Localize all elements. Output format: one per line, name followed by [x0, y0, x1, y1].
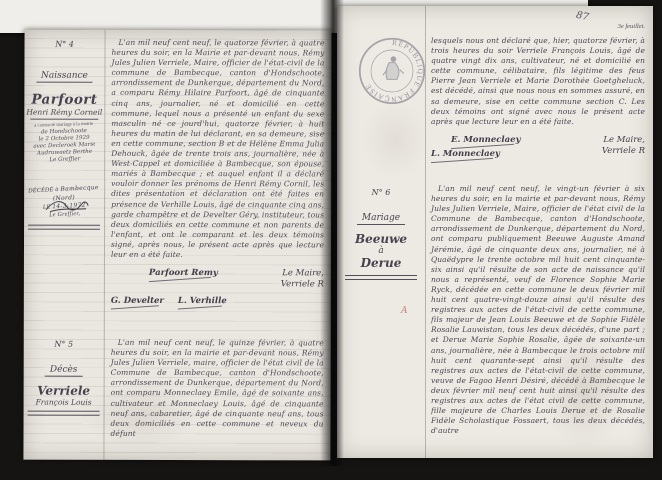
margin-divider-line: [103, 30, 105, 460]
act-category: Décès: [45, 365, 83, 377]
signature-mayor: Verriele R: [602, 146, 645, 156]
sheet-label: 3e feuillet.: [618, 23, 645, 30]
register-page-left: N° 4 Naissance Parfoort Henri Rémy Corne…: [23, 30, 331, 461]
bride-surname: Derue: [343, 256, 419, 270]
register-page-right: 87 3e feuillet. RÉPUBLIQUE FRANÇAISE les…: [337, 6, 653, 458]
birth-act-body: L'an mil neuf cent neuf, le quatorze fév…: [111, 38, 325, 261]
deceased-label: DÉCÉDÉ à: [28, 187, 59, 195]
mayor-title: Le Maire,: [603, 135, 645, 145]
act-separator: [28, 225, 100, 230]
marriage-act-margin: N° 6 Mariage Beeuwe à Derue: [343, 188, 419, 280]
act-category: Naissance: [36, 71, 93, 83]
act-surname: Verriele: [26, 384, 102, 398]
deceased-date: 14-3-1972: [52, 202, 86, 211]
archivist-annotation: A: [401, 306, 408, 316]
death-act-body-continued: lesquels nous ont déclaré que, hier, qua…: [431, 36, 645, 127]
birth-act-text-block: L'an mil neuf cent neuf, le quatorze fév…: [111, 38, 325, 315]
act-given-names: Henri Rémy Corneil: [26, 108, 102, 117]
margin-rule: [30, 119, 98, 120]
signature-mayor-block: Le Maire, Verriele R: [281, 268, 324, 290]
binding-gutter-shadow: [320, 0, 344, 466]
signature-mayor: Verriele R: [281, 279, 324, 289]
signature-witness1: G. Develter: [111, 296, 164, 308]
death-act-body-start: L'an mil neuf cent neuf, le quinze févri…: [110, 338, 323, 439]
birth-act-margin: N° 4 Naissance Parfoort Henri Rémy Corne…: [26, 40, 102, 230]
signature-declarant: Parfoort Remy: [149, 268, 218, 290]
page-number-annotation: 87: [575, 10, 590, 23]
deceased-place: Bambecque (Nord): [53, 184, 99, 202]
signature-witness2: L. Verhille: [178, 296, 227, 308]
act-surname: Parfoort: [26, 92, 102, 108]
marriage-mention-stamp: a contracté mariage à la mairie de Honds…: [26, 120, 103, 164]
deceased-date-label: LE: [43, 204, 51, 210]
act-number: N° 4: [27, 40, 103, 49]
marriage-act-body: L'an mil neuf cent neuf, le vingt-un fév…: [431, 184, 645, 436]
act-category: Mariage: [357, 213, 405, 225]
act-separator: [28, 411, 100, 416]
link-word: à: [343, 246, 419, 256]
act-separator: [345, 275, 417, 280]
act-number: N° 5: [26, 340, 102, 349]
death-act-margin: N° 5 Décès Verriele François Louis: [26, 340, 102, 416]
signature-mayor-block: Le Maire, Verriele R: [602, 135, 645, 157]
deceased-stamp: DÉCÉDÉ à Bambecque (Nord) LE 14-3-1972 L…: [25, 184, 103, 221]
act-number: N° 6: [343, 188, 419, 197]
death-act-signatures: E. Monneclaey Le Maire, Verriele R L. Mo…: [431, 135, 645, 161]
mayor-title: Le Maire,: [282, 268, 324, 278]
groom-surname: Beeuwe: [343, 232, 419, 246]
republique-francaise-stamp-icon: RÉPUBLIQUE FRANÇAISE: [357, 36, 427, 106]
birth-act-signatures: Parfoort Remy Le Maire, Verriele R G. De…: [111, 268, 324, 309]
signature-witness2: L. Monneclaey: [431, 149, 500, 161]
scanned-register-spread: { "sheet": { "page_number": "87", "sheet…: [0, 0, 662, 480]
death-act-continuation-block: lesquels nous ont déclaré que, hier, qua…: [431, 36, 645, 167]
act-given-names: François Louis: [26, 398, 102, 407]
